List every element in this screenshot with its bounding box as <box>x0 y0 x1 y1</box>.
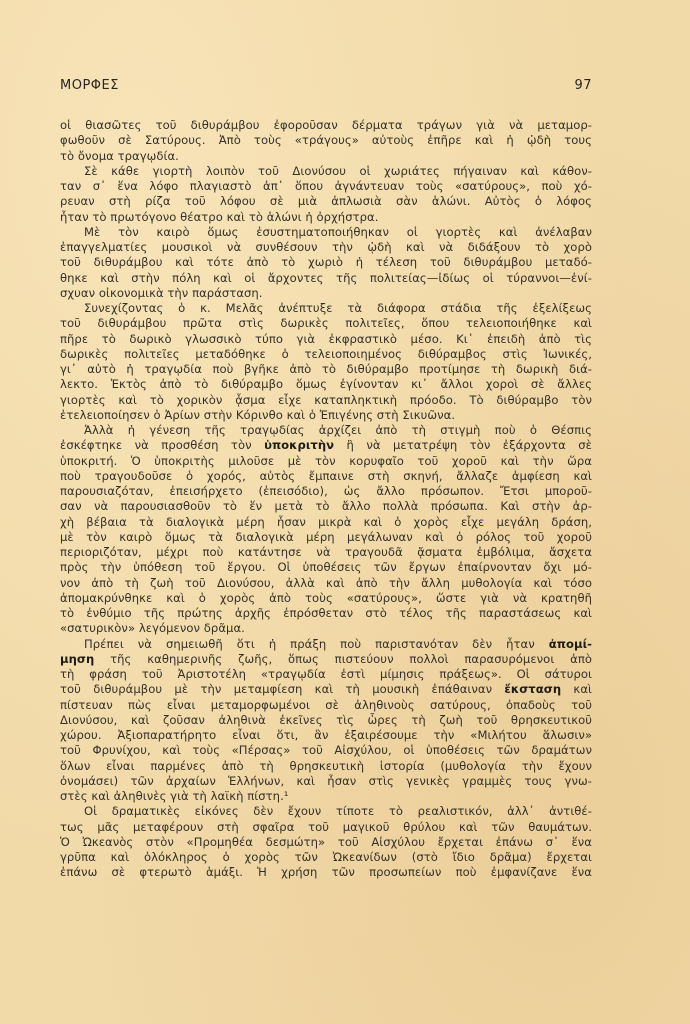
running-head: ΜΟΡΦΕΣ 97 <box>60 78 592 93</box>
text-line: γι᾿ αὐτὸ ἡ τραγῳδία ποὺ βγῆκε ἀπὸ τὸ διθ… <box>60 362 592 377</box>
text-line: δωρικὲς πολιτεῖες μεταδόθηκε ὁ τελειοποι… <box>60 347 592 362</box>
running-title: ΜΟΡΦΕΣ <box>60 78 119 93</box>
text-line: στὲς καὶ ἀληθινὲς γιὰ τὴ λαϊκὴ πίστη.¹ <box>60 789 592 804</box>
text-line: πίστευαν πὼς εἶναι μεταμορφωμένοι σὲ ἀλη… <box>60 698 592 713</box>
text-line: θηκε καὶ στὴν πόλη καὶ οἱ ἄρχοντες τῆς π… <box>60 271 592 286</box>
text-line: μὲ τὸν καιρὸ ὅμως τὰ διαλογικὰ μέρη μεγά… <box>60 530 592 545</box>
text-line: γιορτὲς καὶ τὸ χορικὸν ᾆσμα εἶχε καταπλη… <box>60 393 592 408</box>
book-page: ΜΟΡΦΕΣ 97 οἱ θιασῶτες τοῦ διθυράμβου ἐφο… <box>0 0 690 1024</box>
page-number: 97 <box>574 78 592 93</box>
text-line: χὴ βέβαια τὰ διαλογικὰ μέρη ἦσαν μικρὰ κ… <box>60 515 592 530</box>
text-line: ἦταν τὸ πρωτόγονο θέατρο καὶ τὸ ἁλώνι ἡ … <box>60 210 592 225</box>
text-line: τοῦ διθυράμβου καὶ τότε ἀπὸ τὸ χωριὸ ἡ τ… <box>60 255 592 270</box>
text-line: τοῦ διθυράμβου μὲ τὴν μεταμφίεση καὶ τὴ … <box>60 682 592 697</box>
text-line: πρὸς τὴν ὑπόθεση τοῦ ἔργου. Οἱ ὑποθέσεις… <box>60 560 592 575</box>
text-line: «σατυρικὸν» λεγόμενον δρᾶμα. <box>60 621 592 636</box>
text-line: ἐτελειοποίησεν ὁ Ἀρίων στὴν Κόρινθο καὶ … <box>60 408 592 423</box>
text-line: τὸ ὄνομα τραγῳδία. <box>60 149 592 164</box>
text-line: ὑποκριτή. Ὁ ὑποκριτὴς μιλοῦσε μὲ τὸν κορ… <box>60 454 592 469</box>
body-text: οἱ θιασῶτες τοῦ διθυράμβου ἐφοροῦσαν δέρ… <box>60 118 592 881</box>
text-line: χώρου. Ἀξιοπαρατήρητο εἶναι ὅτι, ἂν ἐξαι… <box>60 728 592 743</box>
text-line: Ὁ Ὠκεανὸς στὸν «Προμηθέα δεσμώτη» τοῦ Αἰ… <box>60 835 592 850</box>
text-line: παρουσιαζόταν, ἐπεισήρχετο (ἐπεισόδιο), … <box>60 484 592 499</box>
text-line: τοῦ διθυράμβου πρῶτα στὶς δωρικὲς πολιτε… <box>60 316 592 331</box>
text-line: ποὺ τραγουδοῦσε ὁ χορός, αὐτὸς ἔμπαινε σ… <box>60 469 592 484</box>
text-line: σαν νὰ παρουσιασθοῦν τὸ ἕν μετὰ τὸ ἄλλο … <box>60 499 592 514</box>
text-line: ὅλων εἶναι παρμένες ἀπὸ τὴ θρησκευτικὴ ἱ… <box>60 759 592 774</box>
text-line: λεκτο. Ἐκτὸς ἀπὸ τὸ διθύραμβο ὅμως ἐγίνο… <box>60 377 592 392</box>
text-line: ἐπάνω σὲ φτερωτὸ ἁμάξι. Ἡ χρήση τῶν προσ… <box>60 865 592 880</box>
text-line: Μὲ τὸν καιρὸ ὅμως ἐσυστηματοποιήθηκαν οἱ… <box>60 225 592 240</box>
emphasized-term: ἔκσταση <box>504 682 561 696</box>
emphasized-term: ἀπομί- <box>549 637 592 651</box>
text-line: Σὲ κάθε γιορτὴ λοιπὸν τοῦ Διονύσου οἱ χω… <box>60 164 592 179</box>
text-line: ἐπαγγελματίες μουσικοὶ νὰ συνθέσουν τὴν … <box>60 240 592 255</box>
text-line: τὸ ἐνθύμιο τῆς πρώτης ἀρχῆς ἐπρόσθεταν σ… <box>60 606 592 621</box>
text-line: Συνεχίζοντας ὁ κ. Μελᾶς ἀνέπτυξε τὰ διάφ… <box>60 301 592 316</box>
text-line: ἀπομακρύνθηκε καὶ ὁ χορὸς ἀπὸ τοὺς «σατύ… <box>60 591 592 606</box>
text-line: ταν σ᾿ ἕνα λόφο πλαγιαστὸ ἀπ᾿ ὅπου ἀγνάν… <box>60 179 592 194</box>
emphasized-term: ὑποκριτὴν <box>264 438 334 452</box>
text-line: Διονύσου, καὶ ζοῦσαν ἀληθινὰ ἐκεῖνες τὶς… <box>60 713 592 728</box>
text-line: τως μᾶς μεταφέρουν στὴ σφαῖρα τοῦ μαγικο… <box>60 820 592 835</box>
text-line: ἐσκέφτηκε νὰ προσθέση τὸν ὑποκριτὴν ἢ νὰ… <box>60 438 592 453</box>
text-line: πῆρε τὸ δωρικὸ γλωσσικὸ τύπο γιὰ ἐκφραστ… <box>60 332 592 347</box>
text-line: νον ἀπὸ τὴ ζωὴ τοῦ Διονύσου, ἀλλὰ καὶ ἀπ… <box>60 576 592 591</box>
text-line: μηση τῆς καθημερινῆς ζωῆς, ὅπως πιστεύου… <box>60 652 592 667</box>
emphasized-term: μηση <box>60 652 94 666</box>
text-line: περιοριζόταν, μέχρι ποὺ κατάντησε νὰ τρα… <box>60 545 592 560</box>
text-line: οἱ θιασῶτες τοῦ διθυράμβου ἐφοροῦσαν δέρ… <box>60 118 592 133</box>
text-line: Πρέπει νὰ σημειωθῆ ὅτι ἡ πράξη ποὺ παρισ… <box>60 637 592 652</box>
text-line: ρευαν στὴ ρίζα τοῦ λόφου σὲ μιὰ ἀπλωσιὰ … <box>60 194 592 209</box>
text-line: Ἀλλὰ ἡ γένεση τῆς τραγῳδίας ἀρχίζει ἀπὸ … <box>60 423 592 438</box>
text-line: γρῦπα καὶ ὁλόκληρος ὁ χορὸς τῶν Ὠκεανίδω… <box>60 850 592 865</box>
text-line: τὴ φράση τοῦ Ἀριστοτέλη «τραγῳδία ἐστὶ μ… <box>60 667 592 682</box>
text-line: φωθοῦν σὲ Σατύρους. Ἀπὸ τοὺς «τράγους» α… <box>60 133 592 148</box>
text-line: Οἱ δραματικὲς εἰκόνες δὲν ἔχουν τίποτε τ… <box>60 804 592 819</box>
text-line: τοῦ Φρυνίχου, καὶ τοὺς «Πέρσας» τοῦ Αἰσχ… <box>60 743 592 758</box>
text-line: ὀνομάσει) τῶν ἀρχαίων Ἑλλήνων, καὶ ἦσαν … <box>60 774 592 789</box>
text-line: σχυαν οἰκονομικὰ τὴν παράσταση. <box>60 286 592 301</box>
